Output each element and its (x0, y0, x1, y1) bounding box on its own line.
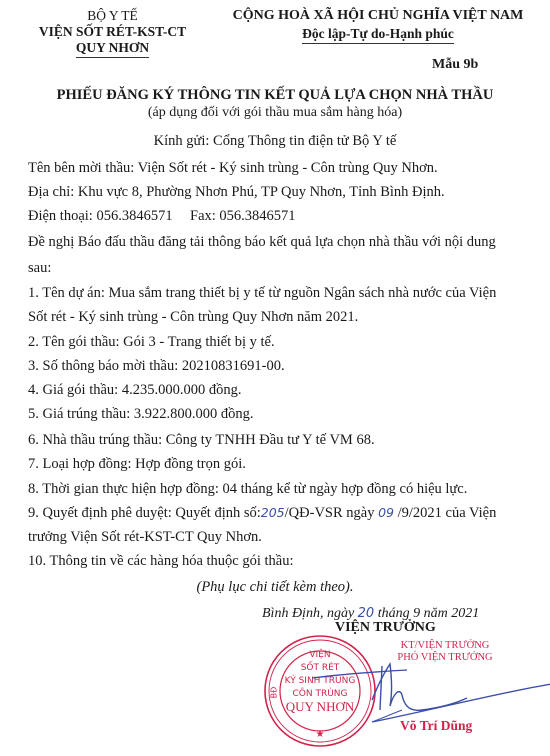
national-motto: Độc lập-Tự do-Hạnh phúc (302, 26, 454, 44)
phone-line: Điện thoại: 056.3846571 (28, 208, 173, 225)
item-8: 8. Thời gian thực hiện hợp đồng: 04 thán… (28, 481, 467, 498)
recipient-line: Kính gửi: Cổng Thông tin điện tử Bộ Y tế (0, 133, 550, 150)
ministry-name: BỘ Y TẾ (30, 8, 195, 24)
item-6: 6. Nhà thầu trúng thầu: Công ty TNHH Đầu… (28, 432, 375, 449)
item-9-suffix: /9/2021 của Viện (394, 505, 496, 521)
item-9-line-1: 9. Quyết định phê duyệt: Quyết định số:2… (28, 505, 496, 522)
fax-line: Fax: 056.3846571 (190, 208, 296, 225)
item-3: 3. Số thông báo mời thầu: 20210831691-00… (28, 358, 285, 375)
item-10: 10. Thông tin về các hàng hóa thuộc gói … (28, 553, 294, 570)
item-1-line-1: 1. Tên dự án: Mua sắm trang thiết bị y t… (28, 285, 496, 302)
signer-name: Võ Trí Dũng (400, 718, 472, 734)
item-1-line-2: Sốt rét - Ký sinh trùng - Côn trùng Quy … (28, 309, 358, 326)
document-subtitle: (áp dụng đối với gói thầu mua sắm hàng h… (0, 105, 550, 121)
appendix-note: (Phụ lục chi tiết kèm theo). (0, 579, 550, 596)
decision-day-handwritten: 09 (378, 505, 394, 520)
inviter-line: Tên bên mời thầu: Viện Sốt rét - Ký sinh… (28, 160, 438, 177)
item-9-middle: /QĐ-VSR ngày (285, 505, 378, 521)
address-line: Địa chỉ: Khu vực 8, Phường Nhơn Phú, TP … (28, 184, 445, 201)
nation-name: CỘNG HOÀ XÃ HỘI CHỦ NGHĨA VIỆT NAM (208, 8, 548, 24)
institute-name: VIỆN SỐT RÉT-KST-CT (30, 24, 195, 40)
item-4: 4. Giá gói thầu: 4.235.000.000 đồng. (28, 382, 241, 399)
request-line-1: Đề nghị Báo đấu thầu đăng tải thông báo … (28, 234, 496, 251)
item-9-line-2: trưởng Viện Sốt rét-KST-CT Quy Nhơn. (28, 529, 262, 546)
document-title: PHIẾU ĐĂNG KÝ THÔNG TIN KẾT QUẢ LỰA CHỌN… (0, 87, 550, 104)
decision-number-handwritten: 205 (261, 505, 285, 520)
item-5: 5. Giá trúng thầu: 3.922.800.000 đồng. (28, 406, 254, 423)
item-2: 2. Tên gói thầu: Gói 3 - Trang thiết bị … (28, 334, 275, 351)
institute-city: QUY NHƠN (76, 40, 149, 58)
item-9-prefix: 9. Quyết định phê duyệt: Quyết định số: (28, 505, 261, 521)
issuer-header: BỘ Y TẾ VIỆN SỐT RÉT-KST-CT QUY NHƠN (30, 8, 195, 58)
item-7: 7. Loại hợp đồng: Hợp đồng trọn gói. (28, 456, 246, 473)
date-day-handwritten: 20 (358, 606, 375, 621)
form-number: Mẫu 9b (432, 57, 478, 73)
date-suffix: tháng 9 năm 2021 (374, 606, 479, 621)
request-line-2: sau: (28, 260, 51, 277)
national-header: CỘNG HOÀ XÃ HỘI CHỦ NGHĨA VIỆT NAM Độc l… (208, 8, 548, 44)
date-prefix: Bình Định, ngày (262, 606, 358, 621)
